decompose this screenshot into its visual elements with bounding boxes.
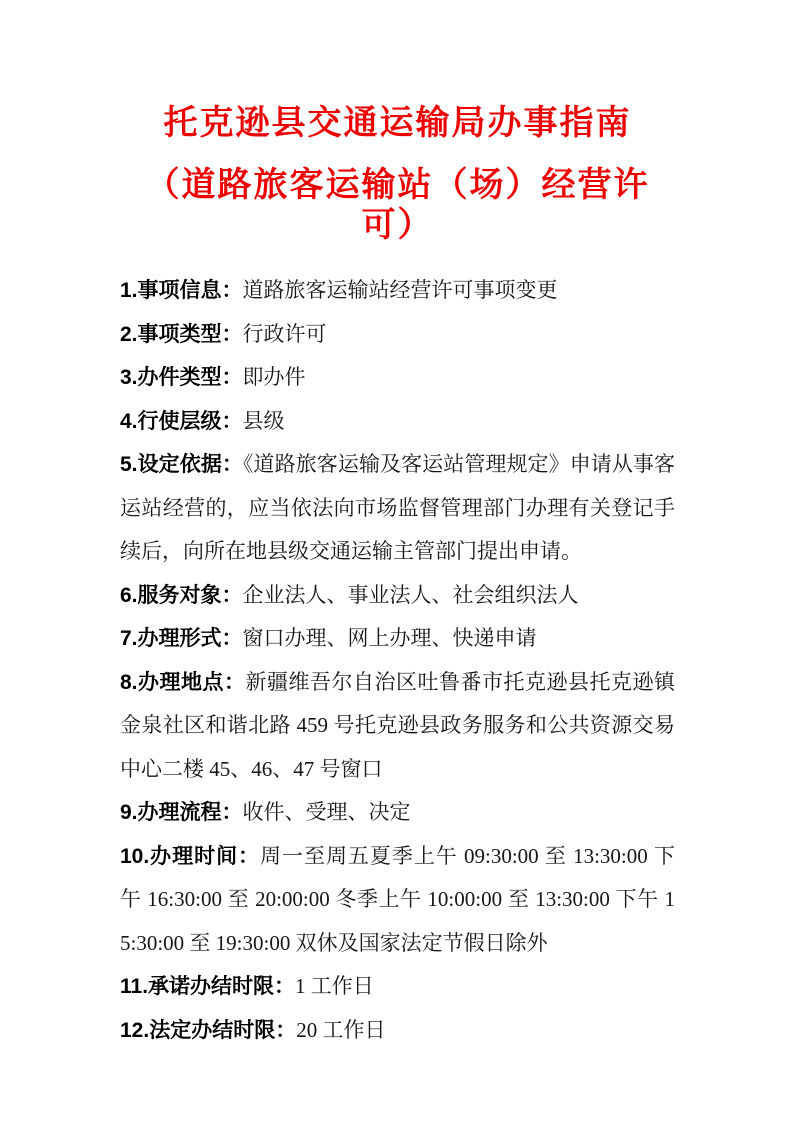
guide-item-8: 8.办理地点：新疆维吾尔自治区吐鲁番市托克逊县托克逊镇金泉社区和谐北路 459 … <box>120 661 675 792</box>
item-label: 8.办理地点： <box>120 671 246 694</box>
guide-item-6: 6.服务对象：企业法人、事业法人、社会组织法人 <box>120 574 675 618</box>
item-value: 20 工作日 <box>296 1018 385 1042</box>
item-label: 12.法定办结时限： <box>120 1019 296 1042</box>
guide-item-9: 9.办理流程：收件、受理、决定 <box>120 791 675 835</box>
guide-item-12: 12.法定办结时限：20 工作日 <box>120 1009 675 1053</box>
doc-title-line2: （道路旅客运输站（场）经营许可） <box>120 166 675 246</box>
item-label: 7.办理形式： <box>120 627 243 650</box>
item-value: 行政许可 <box>243 322 327 346</box>
item-label: 1.事项信息： <box>120 279 243 302</box>
item-value: 窗口办理、网上办理、快递申请 <box>243 626 537 650</box>
item-label: 2.事项类型： <box>120 323 243 346</box>
guide-item-list: 1.事项信息：道路旅客运输站经营许可事项变更 2.事项类型：行政许可 3.办件类… <box>120 269 675 1052</box>
doc-title-line1: 托克逊县交通运输局办事指南 <box>120 104 675 144</box>
item-label: 3.办件类型： <box>120 366 243 389</box>
item-value: 道路旅客运输站经营许可事项变更 <box>243 278 558 302</box>
guide-item-3: 3.办件类型：即办件 <box>120 356 675 400</box>
guide-item-11: 11.承诺办结时限：1 工作日 <box>120 965 675 1009</box>
guide-item-1: 1.事项信息：道路旅客运输站经营许可事项变更 <box>120 269 675 313</box>
item-value: 即办件 <box>243 365 306 389</box>
item-label: 6.服务对象： <box>120 584 243 607</box>
item-label: 11.承诺办结时限： <box>120 975 295 998</box>
item-value: 收件、受理、决定 <box>243 800 411 824</box>
guide-item-7: 7.办理形式：窗口办理、网上办理、快递申请 <box>120 617 675 661</box>
item-label: 10.办理时间： <box>120 845 260 868</box>
guide-item-5: 5.设定依据：《道路旅客运输及客运站管理规定》申请从事客运站经营的，应当依法向市… <box>120 443 675 574</box>
guide-item-10: 10.办理时间：周一至周五夏季上午 09:30:00 至 13:30:00 下午… <box>120 835 675 966</box>
guide-item-2: 2.事项类型：行政许可 <box>120 313 675 357</box>
item-value: 1 工作日 <box>295 974 374 998</box>
item-value: 企业法人、事业法人、社会组织法人 <box>243 583 579 607</box>
guide-item-4: 4.行使层级：县级 <box>120 400 675 444</box>
item-label: 9.办理流程： <box>120 801 243 824</box>
item-value: 县级 <box>243 409 285 433</box>
item-label: 4.行使层级： <box>120 410 243 433</box>
document-page: 托克逊县交通运输局办事指南 （道路旅客运输站（场）经营许可） 1.事项信息：道路… <box>0 0 793 1122</box>
item-label: 5.设定依据： <box>120 453 243 476</box>
